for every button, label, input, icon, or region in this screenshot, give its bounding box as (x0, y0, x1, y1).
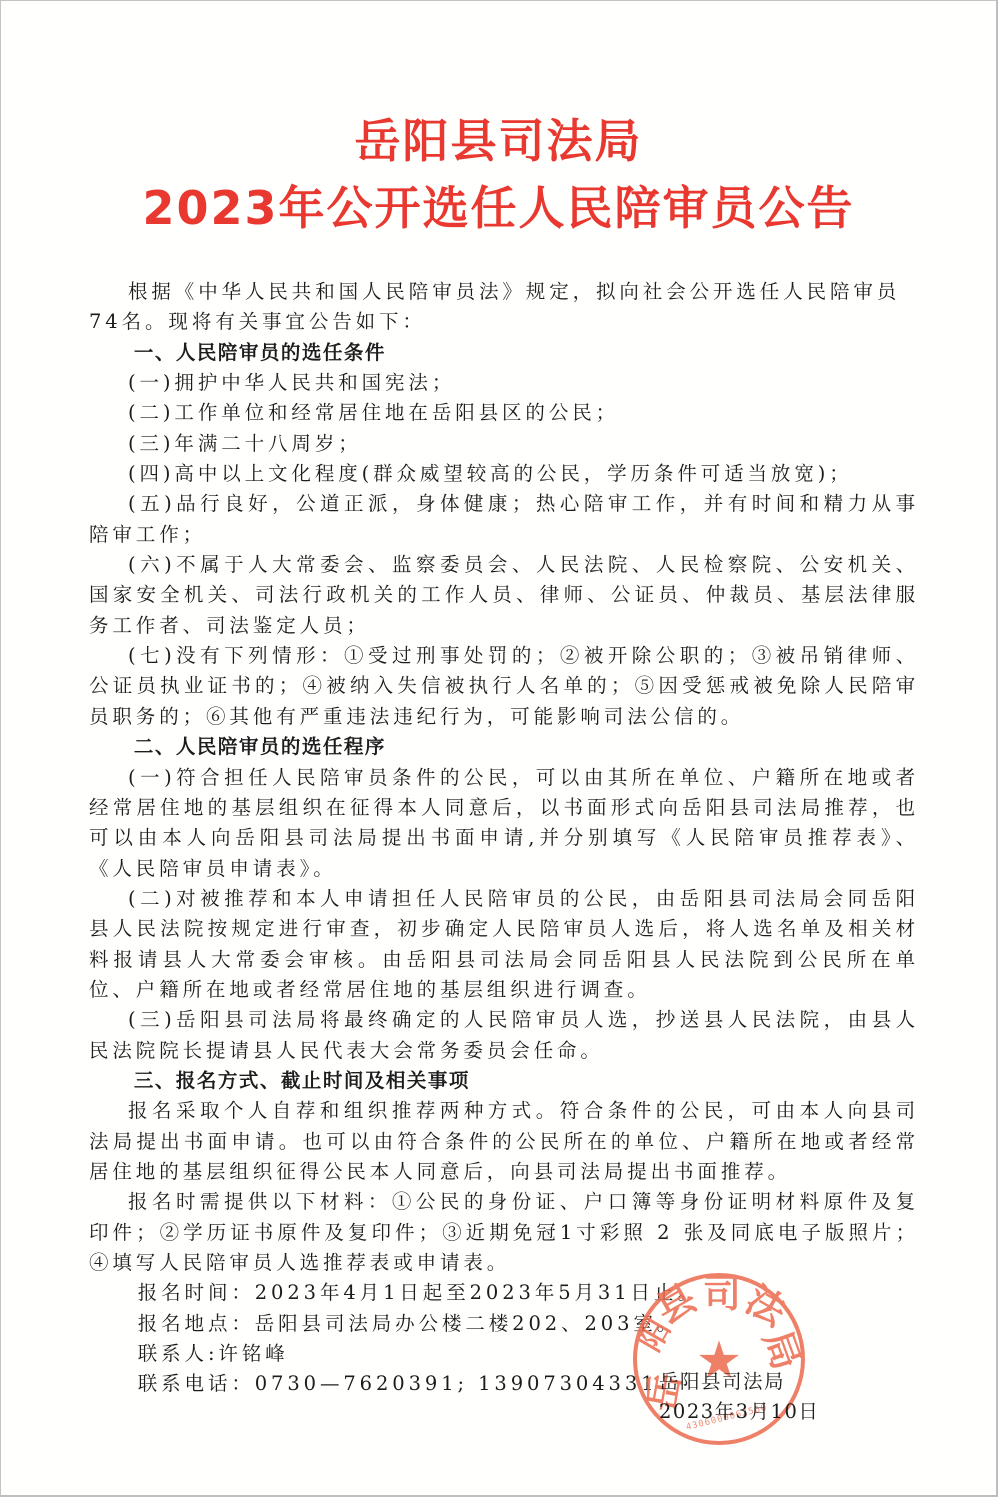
condition-3: (三)年满二十八周岁； (89, 429, 919, 459)
section-3-heading: 三、报名方式、截止时间及相关事项 (89, 1066, 919, 1096)
title-notice: 2023年公开选任人民陪审员公告 (1, 185, 996, 231)
signature-organization: 岳阳县司法局 (659, 1367, 819, 1397)
intro-line-2: 74名。现将有关事宜公告如下： (89, 307, 919, 337)
intro-line-1: 根据《中华人民共和国人民陪审员法》规定，拟向社会公开选任人民陪审员 (89, 277, 919, 307)
notice-body: 根据《中华人民共和国人民陪审员法》规定，拟向社会公开选任人民陪审员 74名。现将… (89, 277, 919, 1400)
title-organization: 岳阳县司法局 (1, 118, 996, 164)
registration-method: 报名采取个人自荐和组织推荐两种方式。符合条件的公民，可由本人向县司法局提出书面申… (89, 1096, 919, 1187)
seal-char-4: 司 (703, 1275, 741, 1313)
condition-7: (七)没有下列情形：①受过刑事处罚的；②被开除公职的；③被吊销律师、公证员执业证… (89, 641, 919, 732)
section-2-heading: 二、人民陪审员的选任程序 (89, 732, 919, 762)
notice-page: 岳阳县司法局 2023年公开选任人民陪审员公告 根据《中华人民共和国人民陪审员法… (0, 0, 998, 1497)
condition-5: (五)品行良好，公道正派，身体健康；热心陪审工作，并有时间和精力从事陪审工作； (89, 489, 919, 550)
condition-1: (一)拥护中华人民共和国宪法； (89, 368, 919, 398)
condition-4: (四)高中以上文化程度(群众威望较高的公民，学历条件可适当放宽)； (89, 459, 919, 489)
signature-date: 2023年3月10日 (659, 1397, 819, 1427)
procedure-1: (一)符合担任人民陪审员条件的公民，可以由其所在单位、户籍所在地或者经常居住地的… (89, 763, 919, 884)
signature-block: 岳阳县司法局 2023年3月10日 (659, 1367, 819, 1427)
registration-time: 报名时间：2023年4月1日起至2023年5月31日止。 (89, 1278, 919, 1308)
condition-6: (六)不属于人大常委会、监察委员会、人民法院、人民检察院、公安机关、国家安全机关… (89, 550, 919, 641)
condition-2: (二)工作单位和经常居住地在岳阳县区的公民； (89, 398, 919, 428)
section-1-heading: 一、人民陪审员的选任条件 (89, 338, 919, 368)
procedure-3: (三)岳阳县司法局将最终确定的人民陪审员人选，抄送县人民法院，由县人民法院院长提… (89, 1005, 919, 1066)
registration-materials: 报名时需提供以下材料：①公民的身份证、户口簿等身份证明材料原件及复印件；②学历证… (89, 1187, 919, 1278)
procedure-2: (二)对被推荐和本人申请担任人民陪审员的公民，由岳阳县司法局会同岳阳县人民法院按… (89, 884, 919, 1005)
